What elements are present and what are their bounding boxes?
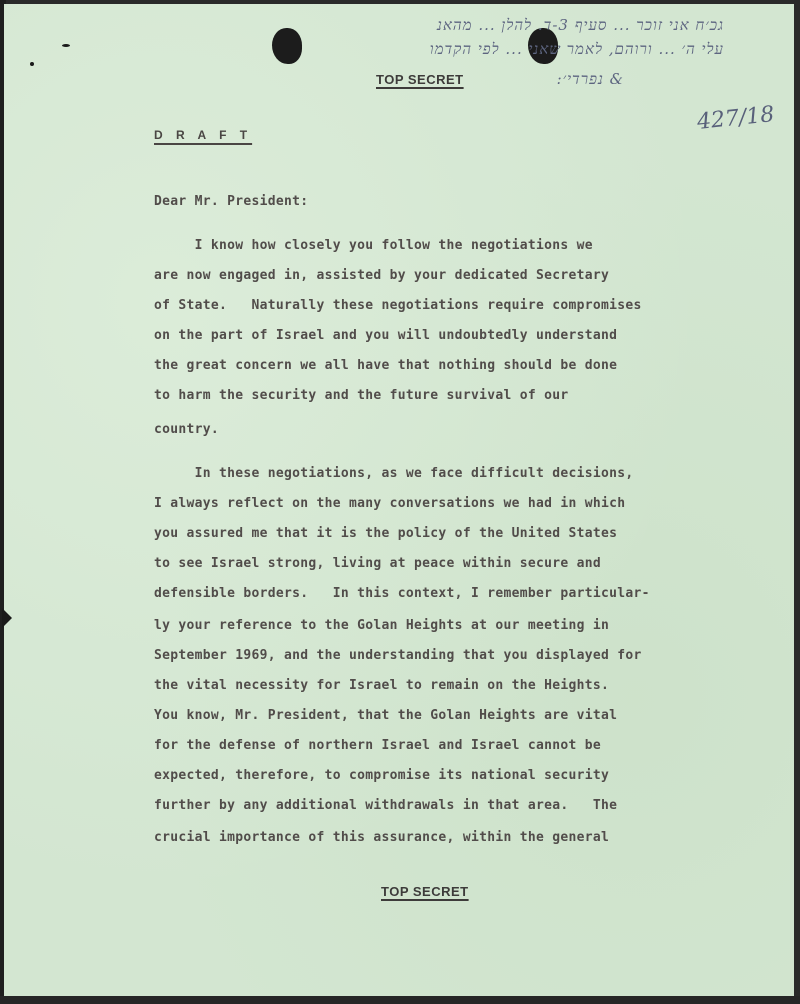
paragraph-1-line: the great concern we all have that nothi… <box>154 358 617 373</box>
draft-label: D R A F T <box>154 128 252 142</box>
handwritten-note-line-3: & נפרדי׳: <box>504 70 624 89</box>
paragraph-1-line: of State. Naturally these negotiations r… <box>154 298 642 313</box>
scan-edge-notch <box>2 608 12 628</box>
salutation: Dear Mr. President: <box>154 194 308 209</box>
handwritten-note-line-2: עלי ה׳ ... ורוהם, לאמר שאני ... לפי הקדמ… <box>144 40 724 59</box>
ink-speck <box>30 62 34 66</box>
ink-speck <box>62 44 70 47</box>
paragraph-2-line: further by any additional withdrawals in… <box>154 798 617 813</box>
paragraph-2-line: In these negotiations, as we face diffic… <box>154 466 633 481</box>
classification-footer: TOP SECRET <box>381 884 469 899</box>
handwritten-note-line-1: גכ׳ח אני זוכר ... סעיף 3-ד. להלן ... מהא… <box>144 16 724 35</box>
paragraph-1-line: are now engaged in, assisted by your ded… <box>154 268 609 283</box>
document-page: גכ׳ח אני זוכר ... סעיף 3-ד. להלן ... מהא… <box>4 4 794 996</box>
paragraph-2-line: expected, therefore, to compromise its n… <box>154 768 609 783</box>
paragraph-1-line: I know how closely you follow the negoti… <box>154 238 593 253</box>
page-annotation: 427/18 <box>696 102 776 135</box>
paragraph-2-line: I always reflect on the many conversatio… <box>154 496 625 511</box>
paragraph-2-line: You know, Mr. President, that the Golan … <box>154 708 617 723</box>
paragraph-2-line: defensible borders. In this context, I r… <box>154 586 650 601</box>
paragraph-1-line: to harm the security and the future surv… <box>154 388 568 403</box>
paragraph-2-line: September 1969, and the understanding th… <box>154 648 642 663</box>
paragraph-2-line: the vital necessity for Israel to remain… <box>154 678 609 693</box>
paragraph-1-line: country. <box>154 422 219 437</box>
paragraph-2-line: ly your reference to the Golan Heights a… <box>154 618 609 633</box>
classification-header: TOP SECRET <box>376 72 464 87</box>
paragraph-1-line: on the part of Israel and you will undou… <box>154 328 617 343</box>
paragraph-2-line: for the defense of northern Israel and I… <box>154 738 601 753</box>
paragraph-2-line: to see Israel strong, living at peace wi… <box>154 556 601 571</box>
scan-edge-bottom <box>0 996 800 1004</box>
paragraph-2-line: crucial importance of this assurance, wi… <box>154 830 609 845</box>
paragraph-2-line: you assured me that it is the policy of … <box>154 526 617 541</box>
